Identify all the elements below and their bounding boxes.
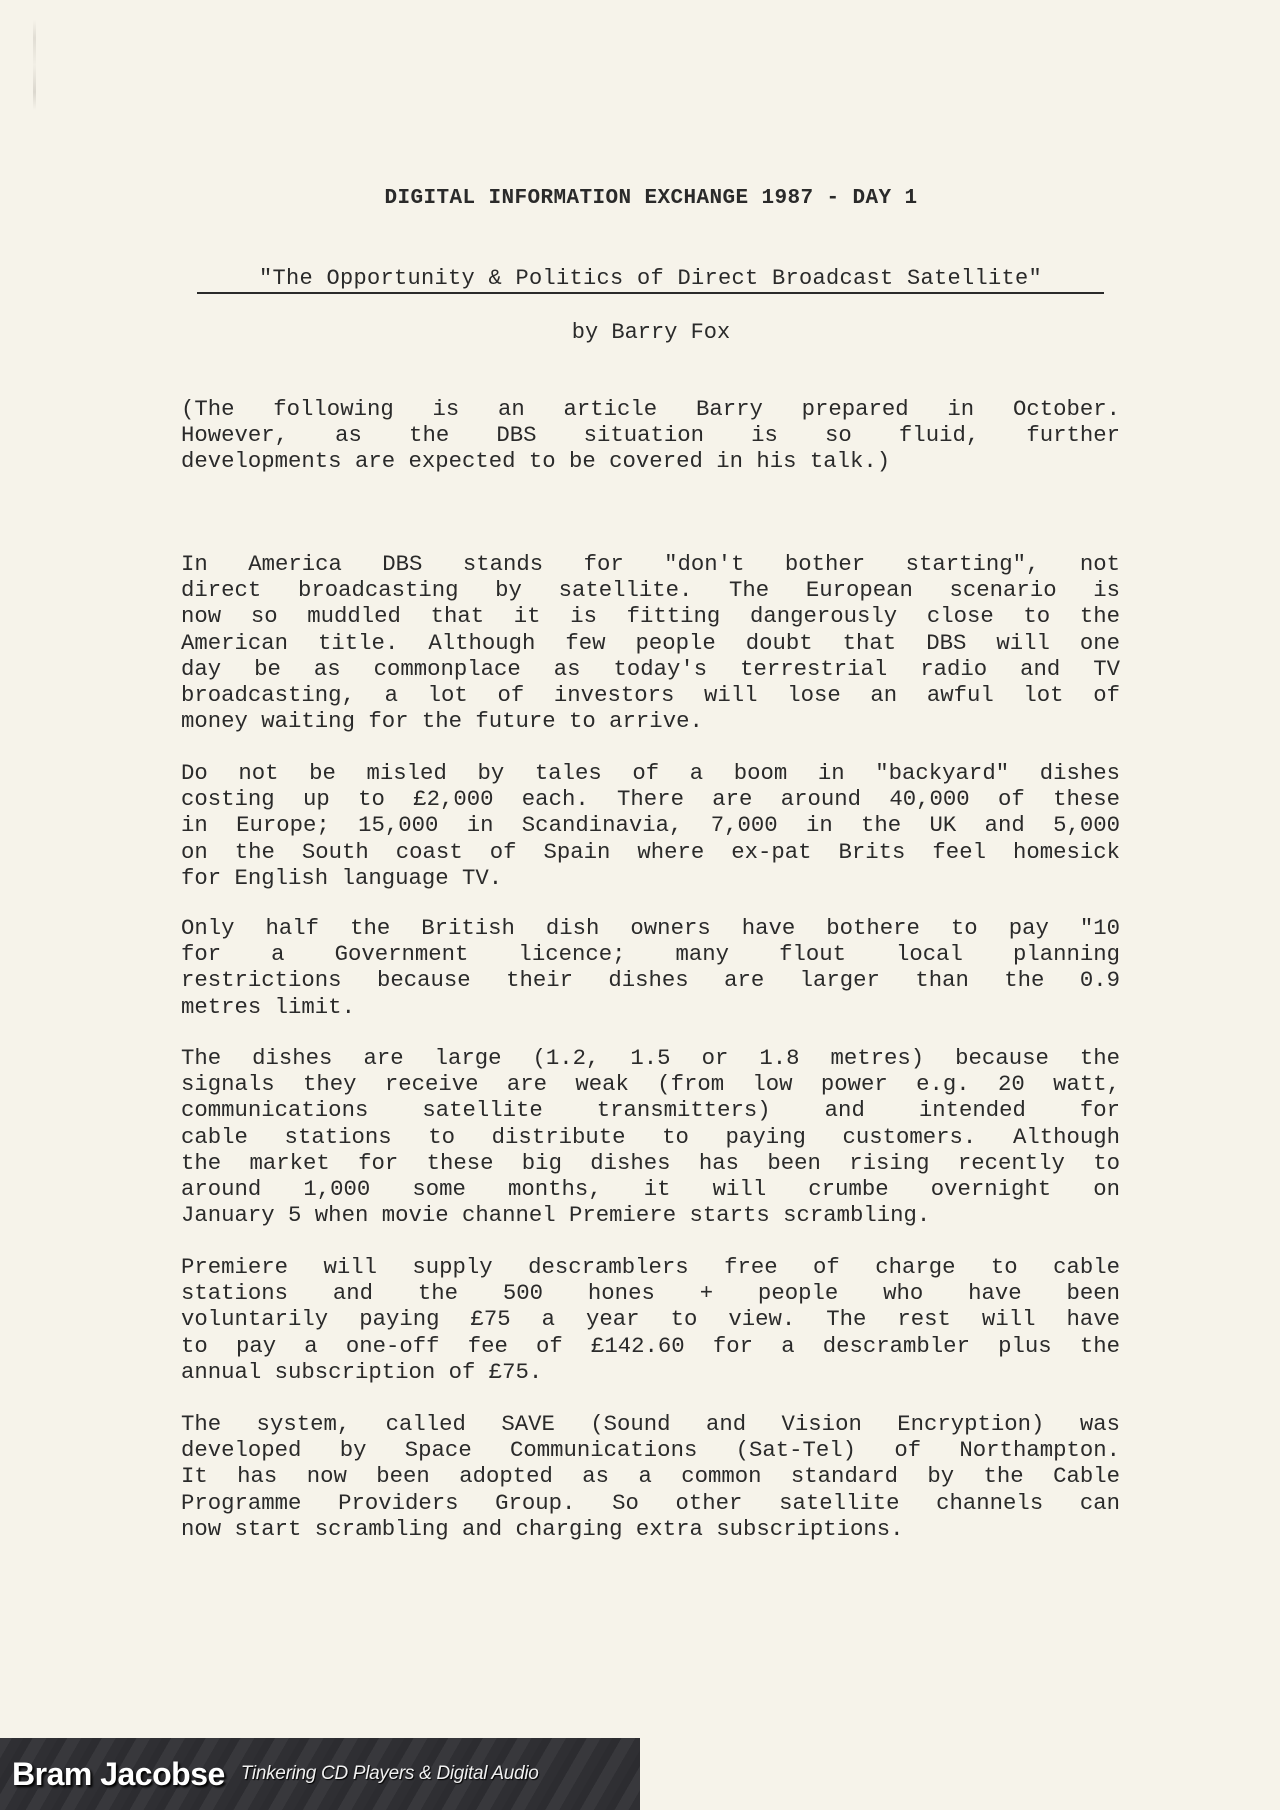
text-line: around 1,000 some months, it will crumbe… [181,1176,1120,1202]
text-line: broadcasting, a lot of investors will lo… [181,682,1120,708]
intro-note: (The following is an article Barry prepa… [181,396,1120,475]
binding-holes [33,20,36,110]
text-line: (The following is an article Barry prepa… [181,396,1120,422]
text-line: day be as commonplace as today's terrest… [181,656,1120,682]
text-line: for a Government licence; many flout loc… [181,941,1120,967]
paragraph: Premiere will supply descramblers free o… [181,1254,1120,1385]
text-line: January 5 when movie channel Premiere st… [181,1202,1120,1228]
text-line: The system, called SAVE (Sound and Visio… [181,1411,1120,1437]
text-line: Programme Providers Group. So other sate… [181,1490,1120,1516]
text-line: voluntarily paying £75 a year to view. T… [181,1306,1120,1332]
text-line: Only half the British dish owners have b… [181,915,1120,941]
paragraph: The dishes are large (1.2, 1.5 or 1.8 me… [181,1045,1120,1228]
text-line: metres limit. [181,994,1120,1020]
text-line: now so muddled that it is fitting danger… [181,603,1120,629]
text-line: annual subscription of £75. [181,1359,1120,1385]
watermark-banner: Bram Jacobse Tinkering CD Players & Digi… [0,1738,640,1810]
text-line: developments are expected to be covered … [181,448,1120,474]
text-line: for English language TV. [181,865,1120,891]
text-line: signals they receive are weak (from low … [181,1071,1120,1097]
text-line: now start scrambling and charging extra … [181,1516,1120,1542]
text-line: It has now been adopted as a common stan… [181,1463,1120,1489]
watermark-tagline: Tinkering CD Players & Digital Audio [241,1763,539,1785]
watermark-name: Bram Jacobse [12,1756,225,1793]
text-line: costing up to £2,000 each. There are aro… [181,786,1120,812]
text-line: money waiting for the future to arrive. [181,708,1120,734]
paragraph: The system, called SAVE (Sound and Visio… [181,1411,1120,1542]
text-line: the market for these big dishes has been… [181,1150,1120,1176]
paragraph: Do not be misled by tales of a boom in "… [181,760,1120,891]
text-line: Premiere will supply descramblers free o… [181,1254,1120,1280]
text-line: American title. Although few people doub… [181,630,1120,656]
event-title: DIGITAL INFORMATION EXCHANGE 1987 - DAY … [0,187,1280,210]
text-line: direct broadcasting by satellite. The Eu… [181,577,1120,603]
text-line: on the South coast of Spain where ex-pat… [181,839,1120,865]
talk-title: "The Opportunity & Politics of Direct Br… [197,266,1104,294]
text-line: Do not be misled by tales of a boom in "… [181,760,1120,786]
text-line: The dishes are large (1.2, 1.5 or 1.8 me… [181,1045,1120,1071]
text-line: stations and the 500 hones + people who … [181,1280,1120,1306]
byline: by Barry Fox [0,320,1280,345]
text-line: However, as the DBS situation is so flui… [181,422,1120,448]
paragraph: Only half the British dish owners have b… [181,915,1120,1020]
text-line: in Europe; 15,000 in Scandinavia, 7,000 … [181,812,1120,838]
text-line: developed by Space Communications (Sat-T… [181,1437,1120,1463]
text-line: to pay a one-off fee of £142.60 for a de… [181,1333,1120,1359]
paragraph: In America DBS stands for "don't bother … [181,551,1120,734]
text-line: restrictions because their dishes are la… [181,967,1120,993]
text-line: cable stations to distribute to paying c… [181,1124,1120,1150]
text-line: communications satellite transmitters) a… [181,1097,1120,1123]
text-line: In America DBS stands for "don't bother … [181,551,1120,577]
